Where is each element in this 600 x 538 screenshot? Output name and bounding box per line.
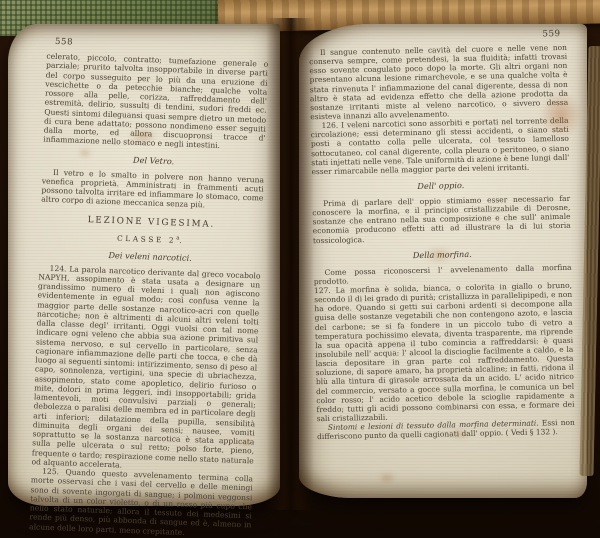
paragraph-sangue: Il sangue contenuto nelle cavità del cuo… bbox=[309, 43, 568, 122]
paragraph-125: 125. Quando questo avvelenamento termina… bbox=[29, 466, 253, 538]
heading-dell-oppio: Dell' oppio. bbox=[312, 178, 570, 193]
heading-dei-veleni-narcotici: Dei veleni narcotici. bbox=[39, 247, 261, 265]
heading-classe-2: CLASSE 2a. bbox=[40, 231, 262, 249]
paragraph-oppio: Prima di parlare dell' oppio stimiamo es… bbox=[312, 194, 571, 245]
paragraph-127: 127. La morfina è solida, bianca, o colo… bbox=[314, 281, 575, 423]
book-page-left: 558 celerato, piccolo, contratto; tumefa… bbox=[8, 24, 280, 506]
paragraph-126: 126. I veleni narcotici sono assorbiti e… bbox=[310, 116, 569, 176]
page-number-right: 559 bbox=[309, 29, 567, 44]
heading-del-vetro: Del Vetro. bbox=[43, 151, 265, 169]
book-page-right: 559 Il sangue contenuto nelle cavità del… bbox=[299, 24, 587, 498]
paragraph-symptoms-continuation: celerato, piccolo, contratto; tumefazion… bbox=[43, 52, 268, 153]
heading-della-morfina: Della morfina. bbox=[313, 246, 571, 261]
paragraph-124: 124. La parola narcotico derivante dal g… bbox=[31, 263, 260, 474]
paragraph-vetro: Il vetro e lo smalto in polvere non hann… bbox=[41, 167, 264, 212]
heading-lezione-vigesima: LEZIONE VIGESIMA. bbox=[40, 213, 262, 232]
